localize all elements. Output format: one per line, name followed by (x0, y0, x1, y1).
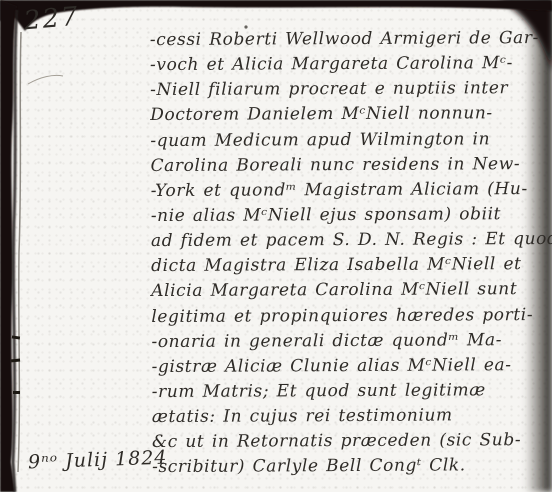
left-binding-inner-line (18, 32, 21, 472)
manuscript-line: -nie alias MᶜNiell ejus sponsam) obiit (151, 202, 551, 229)
page-number: 227 (23, 2, 81, 37)
manuscript-line: legitima et propinquiores hæredes porti- (151, 302, 551, 329)
manuscript-line: -rum Matris; Et quod sunt legitimæ (152, 378, 552, 405)
stitch-mark (13, 391, 20, 394)
manuscript-line: Carolina Boreali nunc residens in New- (150, 152, 550, 179)
manuscript-line: -Niell filiarum procreat e nuptiis inter (150, 76, 550, 103)
manuscript-line: Alicia Margareta Carolina MᶜNiell sunt (151, 277, 551, 304)
manuscript-line: dicta Magistra Eliza Isabella MᶜNiell et (151, 252, 551, 279)
manuscript-text-block: -cessi Roberti Wellwood Armigeri de Gar-… (150, 26, 552, 481)
manuscript-line: ad fidem et pacem S. D. N. Regis : Et qu… (151, 227, 551, 254)
manuscript-line: -quam Medicum apud Wilmington in (150, 127, 550, 154)
manuscript-line: -onaria in generali dictæ quondᵐ Ma- (151, 328, 551, 355)
manuscript-line: -cessi Roberti Wellwood Armigeri de Gar- (150, 26, 550, 53)
paper-scratch (28, 75, 63, 84)
margin-date: 9ⁿᵒ Julij 1824 (28, 447, 168, 474)
manuscript-line: -scribitur) Carlyle Bell Congᵗ Clk. (152, 453, 552, 480)
manuscript-line: Doctorem Danielem MᶜNiell nonnun- (150, 101, 550, 128)
manuscript-line: ætatis: In cujus rei testimonium (152, 403, 552, 430)
left-binding-ridge (13, 10, 17, 492)
manuscript-page: 227 -cessi Roberti Wellwood Armigeri de … (0, 0, 552, 492)
left-binding (0, 0, 17, 492)
stitch-mark (11, 358, 20, 362)
stitch-mark (12, 335, 20, 339)
manuscript-line: &c ut in Retornatis præceden (sic Sub- (152, 428, 552, 455)
manuscript-line: -gistræ Aliciæ Clunie alias MᶜNiell ea- (152, 353, 552, 380)
manuscript-line: -York et quondᵐ Magistram Aliciam (Hu- (151, 177, 551, 204)
manuscript-line: -voch et Alicia Margareta Carolina Mᶜ- (150, 51, 550, 78)
